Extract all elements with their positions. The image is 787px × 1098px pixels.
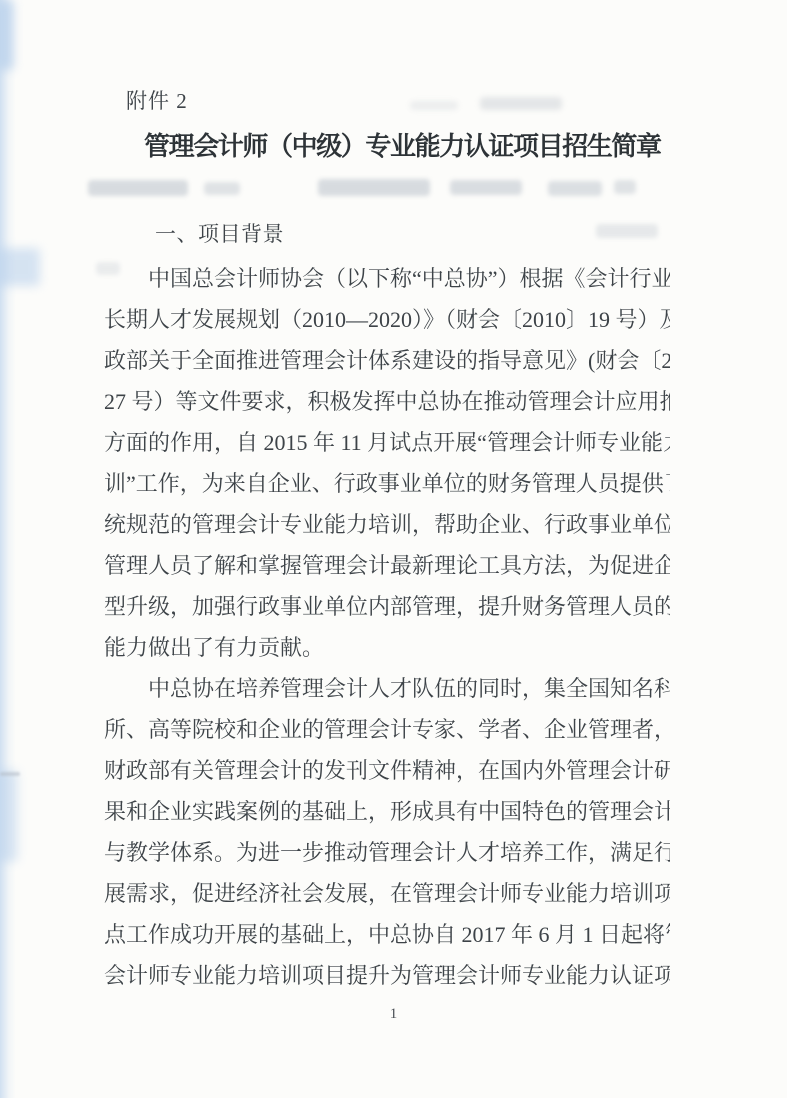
body-line: 与教学体系。为进一步推动管理会计人才培养工作，满足行业发 bbox=[104, 832, 670, 873]
body-line: 型升级，加强行政事业单位内部管理，提升财务管理人员的履职 bbox=[104, 586, 670, 627]
scan-artifact bbox=[614, 180, 636, 194]
scan-edge-shadow bbox=[0, 0, 16, 1098]
body-line: 展需求，促进经济社会发展，在管理会计师专业能力培训项目试 bbox=[104, 873, 670, 914]
scan-artifact bbox=[0, 248, 40, 286]
body-line: 政部关于全面推进管理会计体系建设的指导意见》(财会〔2014〕 bbox=[104, 340, 670, 381]
document-title: 管理会计师（中级）专业能力认证项目招生简章 bbox=[144, 129, 684, 163]
page-number: 1 bbox=[0, 1006, 787, 1023]
section-heading-project-background: 一、项目背景 bbox=[155, 221, 284, 247]
body-line: 中国总会计师协会（以下称“中总协”）根据《会计行业中 bbox=[104, 258, 670, 299]
body-line: 财政部有关管理会计的发刊文件精神，在国内外管理会计研究成 bbox=[104, 750, 670, 791]
body-line: 中总协在培养管理会计人才队伍的同时，集全国知名科研院 bbox=[104, 668, 670, 709]
scan-artifact bbox=[204, 182, 240, 195]
body-line: 长期人才发展规划（2010—2020）》（财会〔2010〕19 号）及《财 bbox=[104, 299, 670, 340]
body-line: 统规范的管理会计专业能力培训，帮助企业、行政事业单位财务 bbox=[104, 504, 670, 545]
body-line: 方面的作用，自 2015 年 11 月试点开展“管理会计师专业能力培 bbox=[104, 422, 670, 463]
body-line: 训”工作，为来自企业、行政事业单位的财务管理人员提供了系 bbox=[104, 463, 670, 504]
document-body: 中国总会计师协会（以下称“中总协”）根据《会计行业中长期人才发展规划（2010—… bbox=[104, 258, 670, 996]
body-line: 果和企业实践案例的基础上，形成具有中国特色的管理会计培训 bbox=[104, 791, 670, 832]
scan-artifact bbox=[0, 770, 18, 862]
scan-artifact bbox=[88, 180, 188, 196]
body-line: 会计师专业能力培训项目提升为管理会计师专业能力认证项目。 bbox=[104, 955, 670, 996]
scan-artifact bbox=[450, 180, 522, 195]
body-line: 点工作成功开展的基础上，中总协自 2017 年 6 月 1 日起将管理 bbox=[104, 914, 670, 955]
body-line: 能力做出了有力贡献。 bbox=[104, 627, 670, 668]
scan-artifact bbox=[410, 101, 458, 110]
body-line: 管理人员了解和掌握管理会计最新理论工具方法，为促进企业转 bbox=[104, 545, 670, 586]
scan-artifact bbox=[318, 179, 430, 196]
document-page: 附件 2 管理会计师（中级）专业能力认证项目招生简章 一、项目背景 中国总会计师… bbox=[0, 0, 787, 1098]
body-line: 所、高等院校和企业的管理会计专家、学者、企业管理者，依据 bbox=[104, 709, 670, 750]
scan-artifact bbox=[0, 772, 20, 776]
body-line: 27 号）等文件要求，积极发挥中总协在推动管理会计应用推广 bbox=[104, 381, 670, 422]
scan-artifact bbox=[480, 97, 562, 110]
scan-artifact bbox=[596, 224, 658, 238]
scan-artifact bbox=[548, 181, 602, 196]
scan-artifact bbox=[0, 0, 14, 70]
attachment-label: 附件 2 bbox=[126, 88, 188, 114]
